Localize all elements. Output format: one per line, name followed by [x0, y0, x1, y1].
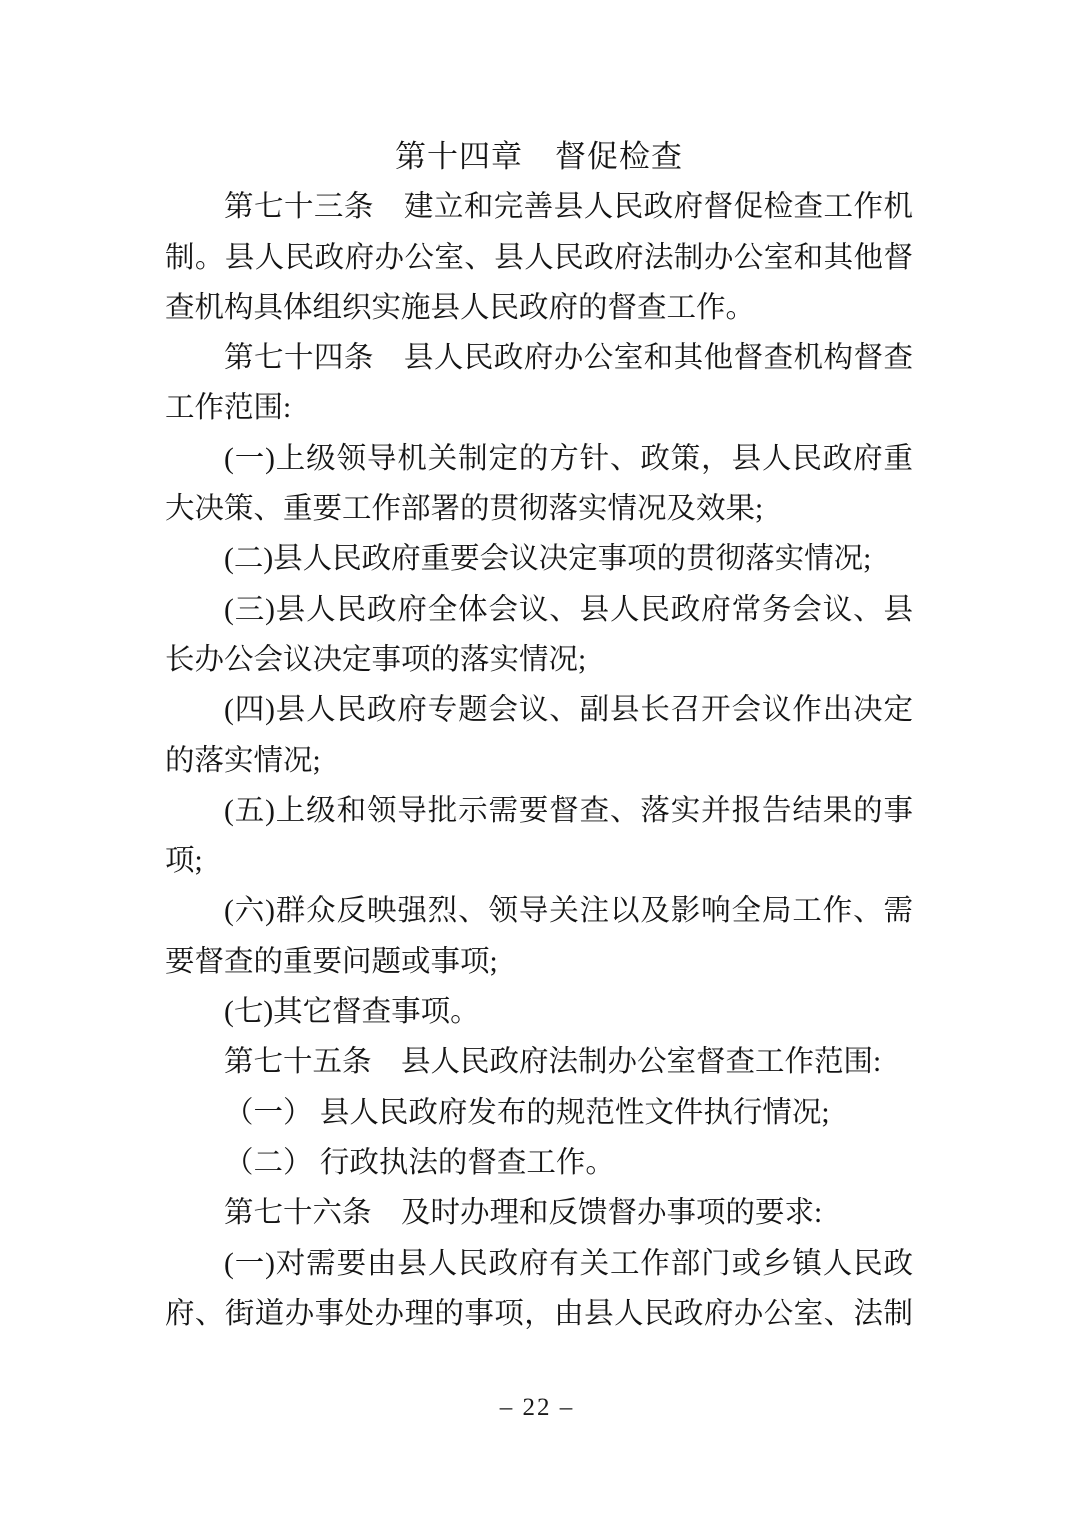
document-page: 第十四章 督促检查 第七十三条 建立和完善县人民政府督促检查工作机制。县人民政府…: [0, 0, 1074, 1520]
text-line: 第七十六条 及时办理和反馈督办事项的要求:: [165, 1188, 913, 1238]
text-line: 制。县人民政府办公室、县人民政府法制办公室和其他督: [165, 233, 913, 283]
text-line: （二） 行政执法的督查工作。: [165, 1138, 913, 1188]
paragraph-lines: 第七十三条 建立和完善县人民政府督促检查工作机制。县人民政府办公室、县人民政府法…: [165, 182, 913, 1339]
text-line: 长办公会议决定事项的落实情况;: [165, 635, 913, 685]
text-line: 的落实情况;: [165, 736, 913, 786]
chapter-title: 第十四章 督促检查: [165, 132, 913, 182]
text-line: 府、街道办事处办理的事项，由县人民政府办公室、法制: [165, 1289, 913, 1339]
text-line: 项;: [165, 836, 913, 886]
text-line: (五)上级和领导批示需要督查、落实并报告结果的事: [165, 786, 913, 836]
text-line: (三)县人民政府全体会议、县人民政府常务会议、县: [165, 585, 913, 635]
page-number: – 22 –: [0, 1388, 1074, 1428]
text-line: 大决策、重要工作部署的贯彻落实情况及效果;: [165, 484, 913, 534]
text-line: 要督查的重要问题或事项;: [165, 937, 913, 987]
text-line: 查机构具体组织实施县人民政府的督查工作。: [165, 283, 913, 333]
text-line: (一)对需要由县人民政府有关工作部门或乡镇人民政: [165, 1239, 913, 1289]
text-line: (一)上级领导机关制定的方针、政策，县人民政府重: [165, 434, 913, 484]
text-line: 第七十三条 建立和完善县人民政府督促检查工作机: [165, 182, 913, 232]
text-line: (四)县人民政府专题会议、副县长召开会议作出决定: [165, 685, 913, 735]
text-line: 第七十五条 县人民政府法制办公室督查工作范围:: [165, 1037, 913, 1087]
text-line: (二)县人民政府重要会议决定事项的贯彻落实情况;: [165, 534, 913, 584]
text-line: (七)其它督查事项。: [165, 987, 913, 1037]
text-line: (六)群众反映强烈、领导关注以及影响全局工作、需: [165, 886, 913, 936]
document-body: 第十四章 督促检查 第七十三条 建立和完善县人民政府督促检查工作机制。县人民政府…: [165, 132, 913, 1339]
text-line: 第七十四条 县人民政府办公室和其他督查机构督查: [165, 333, 913, 383]
text-line: （一） 县人民政府发布的规范性文件执行情况;: [165, 1088, 913, 1138]
text-line: 工作范围:: [165, 383, 913, 433]
